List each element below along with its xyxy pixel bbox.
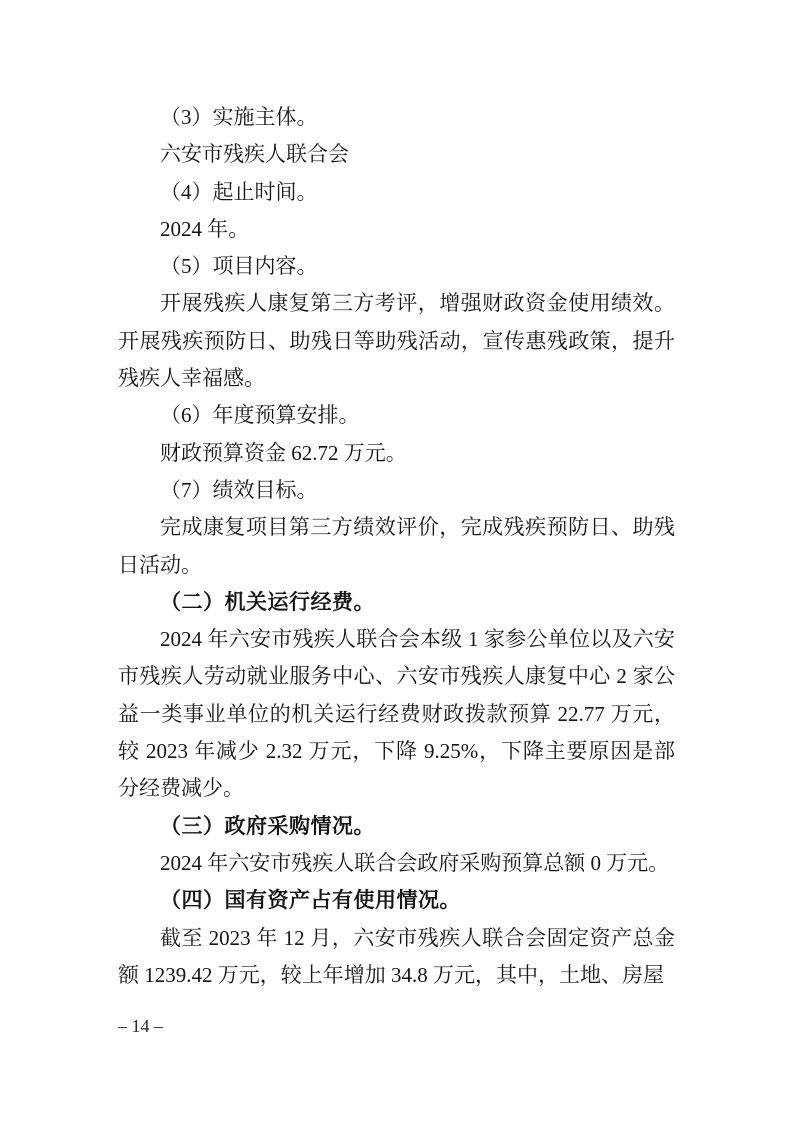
section-heading: （四）国有资产占有使用情况。 — [118, 882, 675, 919]
text-line: 2024 年六安市残疾人联合会本级 1 家参公单位以及六安 — [118, 621, 675, 658]
page-number: – 14 – — [118, 1012, 163, 1040]
text-line: 益一类事业单位的机关运行经费财政拨款预算 22.77 万元， — [118, 696, 675, 733]
text-line: 2024 年六安市残疾人联合会政府采购预算总额 0 万元。 — [118, 845, 675, 882]
paragraph: 2024 年。 — [118, 211, 675, 248]
paragraph: 六安市残疾人联合会 — [118, 136, 675, 173]
paragraph: 截至 2023 年 12 月，六安市残疾人联合会固定资产总金额 1239.42 … — [118, 920, 675, 995]
paragraph: （5）项目内容。 — [118, 248, 675, 285]
text-line: 日活动。 — [118, 547, 675, 584]
paragraph: （3）实施主体。 — [118, 99, 675, 136]
paragraph: 财政预算资金 62.72 万元。 — [118, 435, 675, 472]
text-line: （四）国有资产占有使用情况。 — [118, 882, 675, 919]
section-heading: （二）机关运行经费。 — [118, 584, 675, 621]
section-heading: （三）政府采购情况。 — [118, 808, 675, 845]
text-line: 额 1239.42 万元，较上年增加 34.8 万元，其中，土地、房屋 — [118, 957, 675, 994]
text-line: （7）绩效目标。 — [118, 472, 675, 509]
text-line: 六安市残疾人联合会 — [118, 136, 675, 173]
paragraph: 开展残疾人康复第三方考评，增强财政资金使用绩效。开展残疾预防日、助残日等助残活动… — [118, 285, 675, 397]
text-line: 财政预算资金 62.72 万元。 — [118, 435, 675, 472]
text-line: （4）起止时间。 — [118, 174, 675, 211]
text-line: 完成康复项目第三方绩效评价，完成残疾预防日、助残 — [118, 509, 675, 546]
text-line: 分经费减少。 — [118, 770, 675, 807]
paragraph: 完成康复项目第三方绩效评价，完成残疾预防日、助残日活动。 — [118, 509, 675, 584]
paragraph: 2024 年六安市残疾人联合会政府采购预算总额 0 万元。 — [118, 845, 675, 882]
text-line: （二）机关运行经费。 — [118, 584, 675, 621]
document-page: （3）实施主体。六安市残疾人联合会（4）起止时间。2024 年。（5）项目内容。… — [0, 0, 793, 1122]
text-line: 截至 2023 年 12 月，六安市残疾人联合会固定资产总金 — [118, 920, 675, 957]
text-line: （6）年度预算安排。 — [118, 397, 675, 434]
text-line: （三）政府采购情况。 — [118, 808, 675, 845]
text-line: 残疾人幸福感。 — [118, 360, 675, 397]
text-line: 较 2023 年减少 2.32 万元，下降 9.25%，下降主要原因是部 — [118, 733, 675, 770]
paragraph: （6）年度预算安排。 — [118, 397, 675, 434]
text-line: （3）实施主体。 — [118, 99, 675, 136]
paragraph: （4）起止时间。 — [118, 174, 675, 211]
paragraph: 2024 年六安市残疾人联合会本级 1 家参公单位以及六安市残疾人劳动就业服务中… — [118, 621, 675, 807]
paragraph: （7）绩效目标。 — [118, 472, 675, 509]
text-line: 开展残疾人康复第三方考评，增强财政资金使用绩效。 — [118, 285, 675, 322]
document-content: （3）实施主体。六安市残疾人联合会（4）起止时间。2024 年。（5）项目内容。… — [118, 99, 675, 994]
text-line: 开展残疾预防日、助残日等助残活动，宣传惠残政策，提升 — [118, 323, 675, 360]
text-line: 2024 年。 — [118, 211, 675, 248]
text-line: 市残疾人劳动就业服务中心、六安市残疾人康复中心 2 家公 — [118, 658, 675, 695]
text-line: （5）项目内容。 — [118, 248, 675, 285]
